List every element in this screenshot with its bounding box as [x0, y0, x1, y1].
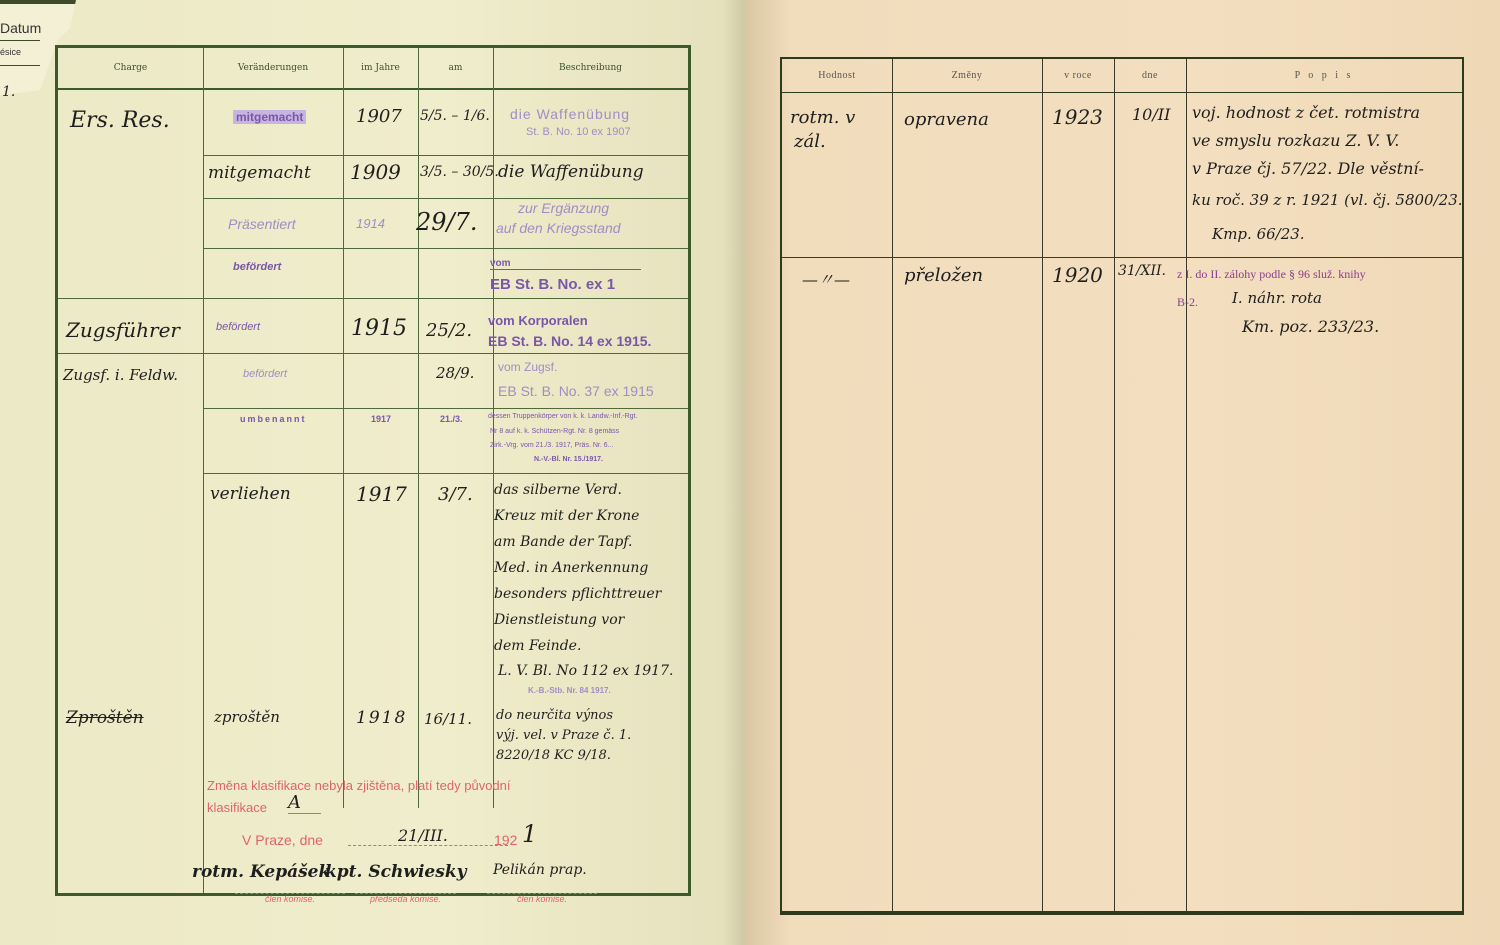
row5-year: 1915 — [351, 316, 407, 341]
column-header-date: dne — [1114, 59, 1186, 91]
row4-description-line1: vom — [490, 258, 641, 270]
row9-year: 1918 — [356, 708, 407, 728]
certification-year-prefix: 192 — [494, 832, 517, 848]
row1-charge: Ers. Res. — [70, 108, 170, 133]
torn-corner-datum-label: Datum — [0, 20, 41, 36]
torn-corner-entry-number: 1. — [2, 84, 15, 100]
certification-date: 21/III. — [348, 826, 508, 846]
r-row1-date: 10/II — [1132, 105, 1170, 124]
column-header-rank: Hodnost — [782, 59, 892, 91]
row-divider — [203, 408, 688, 409]
r-row1-change: opravena — [904, 109, 989, 130]
column-divider — [343, 48, 344, 808]
row8-description-line1: das silberne Verd. — [494, 482, 622, 498]
certification-place-label: V Praze, dne — [242, 832, 323, 848]
left-page: Datum ésice 1. Charge Veränderungen im J… — [0, 0, 745, 945]
r-row1-rank-line1: rotm. v — [790, 107, 855, 128]
row1-change-stamp: mitgemacht — [233, 110, 306, 124]
column-header-year: im Jahre — [343, 48, 418, 88]
signature-chairman: kpt. Schwiesky — [325, 862, 466, 882]
row9-description-line3: 8220/18 KC 9/18. — [496, 748, 611, 763]
torn-corner-rule — [0, 40, 40, 41]
certification-klasifikace-value: A — [288, 792, 321, 814]
row7-date-stamp: 21./3. — [440, 414, 463, 424]
row8-description-line2: Kreuz mit der Krone — [494, 508, 639, 524]
certification-year-suffix: 1 — [522, 820, 537, 848]
signature-member-1: rotm. Kepášek — [192, 862, 330, 882]
signature-role-member-1: člen komise. — [235, 893, 345, 904]
row3-description-line1: zur Ergänzung — [518, 200, 609, 216]
signature-role-member-2: člen komise. — [487, 893, 597, 904]
row-divider — [58, 298, 688, 299]
torn-corner-mesice-label: ésice — [0, 47, 21, 57]
row8-description-line5: besonders pflichttreuer — [494, 586, 661, 602]
column-divider — [203, 48, 204, 893]
r-row1-description-line1: voj. hodnost z čet. rotmistra — [1192, 103, 1420, 122]
row8-date: 3/7. — [438, 484, 473, 505]
r-row1-description-line5: Kmp. 66/23. — [1212, 225, 1305, 243]
row5-change-stamp: befördert — [216, 321, 260, 333]
row6-description-line1: vom Zugsf. — [498, 360, 557, 374]
row7-year-stamp: 1917 — [371, 414, 391, 424]
row2-description: die Waffenübung — [498, 162, 644, 182]
certification-klasifikace-label: klasifikace — [207, 800, 267, 815]
r-row2-description-stamp: z I. do II. zálohy podle § 96 služ. knih… — [1177, 267, 1366, 282]
row6-change-stamp: befördert — [243, 368, 287, 380]
row-divider — [203, 248, 688, 249]
row4-description-line2: EB St. B. No. ex 1 — [490, 276, 615, 293]
row7-description-line1: dessen Truppenkörper von k. k. Landw.-In… — [488, 413, 637, 420]
right-record-table: Hodnost Změny v roce dne P o p i s rotm.… — [780, 57, 1464, 915]
signature-role-chairman: předseda komise. — [355, 893, 456, 904]
signature-member-2: Pelikán prap. — [493, 862, 587, 878]
r-row2-change: přeložen — [904, 265, 983, 286]
row8-description-line6: Dienstleistung vor — [494, 612, 624, 628]
row6-charge: Zugsf. i. Feldw. — [63, 366, 178, 384]
r-row1-description-line2: ve smyslu rozkazu Z. V. V. — [1192, 131, 1399, 150]
column-header-year: v roce — [1042, 59, 1114, 91]
row2-change: mitgemacht — [208, 163, 311, 183]
row8-description-stamp: K.-B.-Stb. Nr. 84 1917. — [528, 686, 611, 695]
column-header-description: P o p i s — [1186, 59, 1462, 91]
r-row2-description-stamp2: B-2. — [1177, 295, 1198, 310]
r-row1-description-line3: v Praze čj. 57/22. Dle věstní- — [1192, 159, 1424, 178]
r-row2-year: 1920 — [1052, 263, 1103, 287]
row7-description-line2: Nr 8 auf k. k. Schützen-Rgt. Nr. 8 gemäs… — [490, 428, 619, 435]
row-divider — [203, 198, 688, 199]
row1-year: 1907 — [356, 106, 402, 127]
row3-year-stamp: 1914 — [356, 216, 385, 231]
row9-date: 16/11. — [424, 710, 472, 728]
row8-year: 1917 — [356, 482, 407, 506]
row-divider — [203, 155, 688, 156]
row5-description-line1: vom Korporalen — [488, 313, 588, 328]
row3-date: 29/7. — [416, 208, 478, 236]
row7-change-stamp: umbenannt — [240, 414, 307, 424]
certification-line1: Změna klasifikace nebyla zjištěna, platí… — [207, 778, 511, 793]
row9-description-line2: výj. vel. v Praze č. 1. — [496, 728, 631, 743]
row3-change-stamp: Präsentiert — [228, 216, 296, 232]
row5-charge: Zugsführer — [66, 318, 180, 342]
row9-description-line1: do neurčita výnos — [496, 708, 613, 723]
column-divider — [1186, 59, 1187, 911]
column-divider — [1042, 59, 1043, 911]
row1-description-line1: die Waffenübung — [510, 106, 630, 122]
header-divider — [782, 92, 1462, 93]
column-header-changes: Změny — [892, 59, 1042, 91]
row2-date: 3/5. – 30/5. — [420, 164, 499, 180]
column-header-date: am — [418, 48, 493, 88]
row-divider — [782, 257, 1462, 258]
row2-year: 1909 — [350, 160, 401, 184]
r-row1-rank-line2: zál. — [794, 131, 826, 152]
r-row2-description-line1: I. náhr. rota — [1232, 289, 1322, 307]
row-divider — [203, 473, 688, 474]
row5-date: 25/2. — [426, 320, 472, 341]
column-divider — [1114, 59, 1115, 911]
row9-change: zproštěn — [214, 708, 280, 726]
row8-change: verliehen — [210, 484, 291, 504]
right-page: Hodnost Změny v roce dne P o p i s rotm.… — [745, 0, 1500, 945]
torn-corner-rule — [0, 65, 40, 66]
row-divider — [58, 353, 688, 354]
row1-description-line2: St. B. No. 10 ex 1907 — [526, 126, 631, 138]
row1-date: 5/5. – 1/6. — [420, 108, 490, 124]
r-row2-date: 31/XII. — [1118, 263, 1166, 279]
row5-description-line2: EB St. B. No. 14 ex 1915. — [488, 333, 651, 349]
row8-description-line7: dem Feinde. — [494, 638, 581, 654]
r-row1-year: 1923 — [1052, 105, 1103, 129]
column-header-changes: Veränderungen — [203, 48, 343, 88]
row8-description-line4: Med. in Anerkennung — [494, 560, 648, 576]
row8-description-line3: am Bande der Tapf. — [494, 534, 633, 550]
row9-charge: Zproštěn — [66, 708, 144, 728]
column-divider — [418, 48, 419, 808]
header-divider — [58, 88, 688, 90]
column-divider — [892, 59, 893, 911]
row7-description-line3: Zirk.-Vrg. vom 21./3. 1917, Präs. Nr. 6.… — [490, 442, 613, 449]
column-header-charge: Charge — [58, 48, 203, 88]
row7-description-line4: N.-V.-Bl. Nr. 15./1917. — [534, 456, 603, 463]
r-row1-description-line4: ku roč. 39 z r. 1921 (vl. čj. 5800/23. — [1192, 191, 1463, 209]
row3-description-line2: auf den Kriegsstand — [496, 220, 621, 236]
left-record-table: Charge Veränderungen im Jahre am Beschre… — [55, 45, 691, 896]
row6-date: 28/9. — [436, 364, 474, 382]
row8-description-line8: L. V. Bl. No 112 ex 1917. — [498, 663, 673, 679]
column-header-description: Beschreibung — [493, 48, 688, 88]
r-row2-rank-ditto: —〃— — [802, 267, 850, 290]
r-row2-description-line2: Km. poz. 233/23. — [1242, 317, 1379, 336]
row4-change-stamp: befördert — [233, 261, 281, 273]
row6-description-line2: EB St. B. No. 37 ex 1915 — [498, 383, 654, 399]
